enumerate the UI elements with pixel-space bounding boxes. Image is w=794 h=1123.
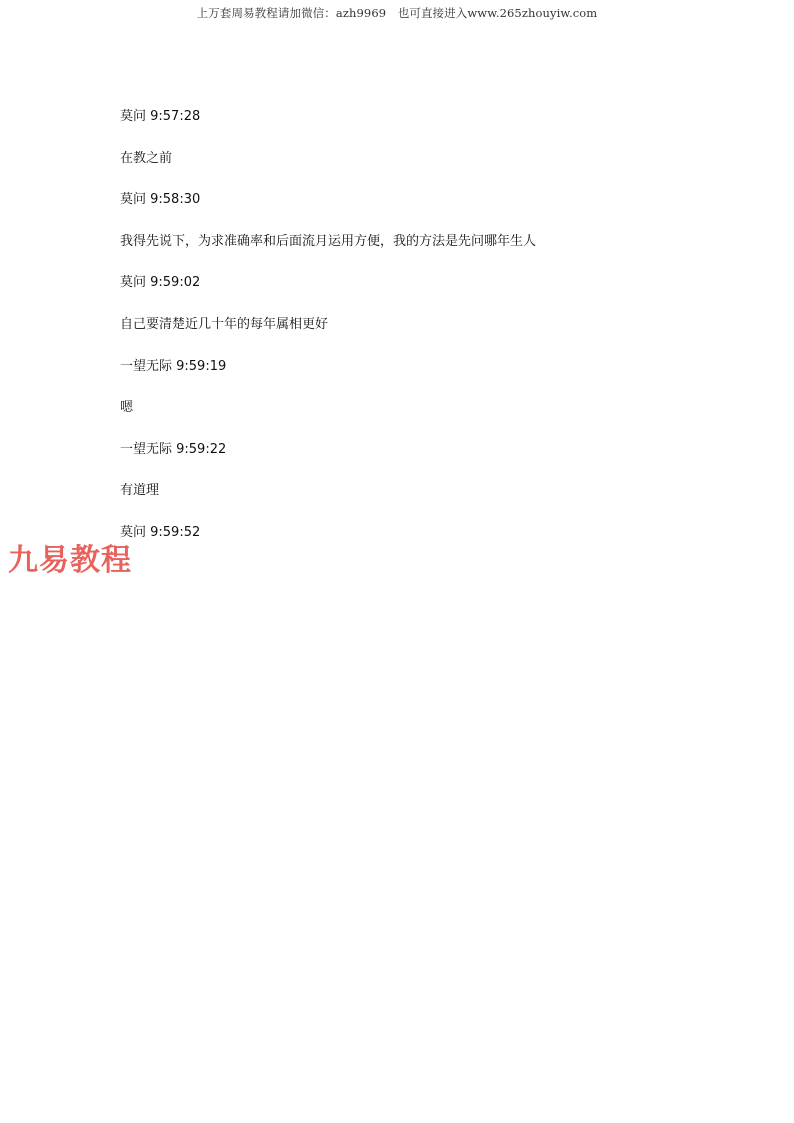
chat-sender-line: 莫问 9:59:02 <box>120 274 720 316</box>
watermark-logo: 九易教程 <box>8 543 132 579</box>
chat-sender-line: 莫问 9:59:52 <box>120 524 720 566</box>
chat-sender-line: 莫问 9:57:28 <box>120 108 720 150</box>
chat-message-line: 自己要清楚近几十年的每年属相更好 <box>120 316 720 358</box>
chat-message-line: 有道理 <box>120 482 720 524</box>
chat-sender-line: 莫问 9:58:30 <box>120 191 720 233</box>
chat-message-line: 嗯 <box>120 399 720 441</box>
chat-message-line: 我得先说下，为求准确率和后面流月运用方便，我的方法是先问哪年生人 <box>120 233 720 275</box>
chat-sender-line: 一望无际 9:59:22 <box>120 441 720 483</box>
chat-sender-line: 一望无际 9:59:19 <box>120 358 720 400</box>
chat-log: 莫问 9:57:28 在教之前 莫问 9:58:30 我得先说下，为求准确率和后… <box>120 108 720 566</box>
chat-message-line: 在教之前 <box>120 150 720 192</box>
page-header-banner: 上万套周易教程请加微信：azh9969 也可直接进入www.265zhouyiw… <box>0 5 794 21</box>
